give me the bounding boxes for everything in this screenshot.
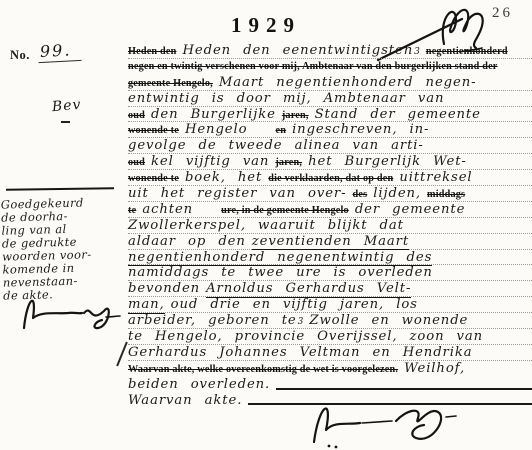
handwritten-underlined-text: Arnoldus Gerhardus Velt-: [206, 281, 411, 297]
handwritten-text: lijden,: [373, 186, 421, 201]
scanned-civil-record-page: 1929 26 No. 99. Bev Goedgekeurd de doorh…: [0, 0, 532, 450]
body-line: gemeente Hengelo, Maart negentienhonderd…: [128, 75, 532, 91]
printed-struck-text: en: [275, 123, 286, 138]
printed-struck-text: jaren,: [275, 155, 302, 170]
handwritten-text: achten: [142, 202, 193, 217]
margin-note-dash: [61, 121, 70, 123]
body-line: negentienhonderd negenentwintig des: [128, 250, 532, 266]
handwritten-text: uittreksel: [399, 170, 472, 185]
handwritten-text: het Burgerlijk Wet-: [308, 154, 467, 169]
handwritten-text: Gerhardus Johannes Veltman en Hendrika: [128, 345, 473, 360]
handwritten-text: beiden overleden.: [128, 377, 270, 392]
handwritten-text: Weilhof,: [404, 361, 465, 376]
handwritten-text: Zwolle en wonende: [309, 313, 468, 328]
handwritten-text: Hengelo: [185, 122, 248, 137]
handwritten-text: gevolge de tweede alinea van arti-: [128, 138, 424, 153]
body-line: oud den Burgerlijke jaren, Stand der gem…: [128, 107, 532, 123]
handwritten-underlined-text: man,: [128, 297, 165, 313]
body-line: beiden overleden.: [128, 377, 532, 393]
margin-divider-rule: [6, 187, 114, 191]
handwritten-text: namiddags te twee ure is overleden: [128, 265, 433, 280]
handwritten-text: bevonden: [128, 281, 200, 296]
handwritten-text: oud drie en vijftig jaren, los: [171, 297, 418, 312]
form-fill-rule: [276, 388, 532, 390]
printed-struck-text: negentienhonderd: [426, 44, 508, 59]
body-line: uit het register van over- des lijden, m…: [128, 186, 532, 202]
handwritten-text: entwintig is door mij, Ambtenaar van: [128, 91, 444, 106]
body-line: entwintig is door mij, Ambtenaar van: [128, 91, 532, 107]
body-line: namiddags te twee ure is overleden: [128, 265, 532, 281]
handwritten-text: kel vijftig van: [151, 154, 269, 169]
handwritten-text: uit het register van over-: [128, 186, 346, 201]
handwritten-text: boek, het: [185, 170, 262, 185]
handwritten-text: Heden den eenentwintigsten: [183, 43, 414, 58]
handwritten-text: Zwollerkerspel, waaruit blijkt dat: [128, 218, 404, 233]
body-line: Zwollerkerspel, waaruit blijkt dat: [128, 218, 532, 234]
printed-struck-text: Heden den: [128, 44, 177, 59]
printed-struck-text: die verklaarden, dat op den: [268, 171, 393, 186]
printed-struck-text: oud: [128, 155, 145, 170]
printed-struck-text: oud: [128, 108, 145, 123]
act-body-text: Heden den Heden den eenentwintigsten 3 n…: [128, 43, 532, 408]
body-line: wonende te boek, het die verklaarden, da…: [128, 170, 532, 186]
handwritten-underlined-text: zeventienden Maart: [252, 234, 409, 250]
body-line: man, oud drie en vijftig jaren, los: [128, 297, 532, 313]
handwritten-text: Stand der gemeente: [315, 107, 481, 122]
printed-struck-text: Waarvan akte, welke overeenkomstig de we…: [128, 362, 398, 377]
body-line: arbeider, geboren te 3 Zwolle en wonende: [128, 313, 532, 329]
printed-struck-text: te: [128, 203, 136, 218]
handwritten-text: den Burgerlijke: [151, 107, 276, 122]
printed-struck-text: wonende te: [128, 171, 179, 186]
handwritten-slash-mark: [116, 342, 128, 367]
printed-struck-text: des: [352, 187, 367, 202]
handwritten-text: der gemeente: [355, 202, 466, 217]
body-line: oud kel vijftig van jaren, het Burgerlij…: [128, 154, 532, 170]
margin-note-bev: Bev: [51, 97, 82, 116]
printed-struck-text: wonende te: [128, 123, 179, 138]
printed-struck-text: gemeente Hengelo,: [128, 76, 213, 91]
handwritten-text: Maart negentienhonderd negen-: [219, 75, 477, 90]
body-line: aldaar op den zeventienden Maart: [128, 234, 532, 250]
body-line: wonende te Hengelo en ingeschreven, in-: [128, 122, 532, 138]
body-line: te Hengelo, provincie Overijssel, zoon v…: [128, 329, 532, 345]
printed-struck-text: ure, in de gemeente Hengelo: [221, 203, 349, 218]
printed-struck-text: jaren,: [282, 108, 309, 123]
body-line: Gerhardus Johannes Veltman en Hendrika: [128, 345, 532, 361]
body-line: bevonden Arnoldus Gerhardus Velt-: [128, 281, 532, 297]
approval-signature-flourish-icon: [14, 284, 126, 336]
handwritten-text: aldaar op den: [128, 234, 246, 249]
body-line: te achten ure, in de gemeente Hengelo de…: [128, 202, 532, 218]
printed-struck-text: middags: [427, 187, 465, 202]
handwritten-text: Waarvan akte.: [128, 393, 242, 408]
body-line: Waarvan akte, welke overeenkomstig de we…: [128, 361, 532, 377]
act-number-value: 99.: [37, 40, 81, 63]
act-number-label: No.: [10, 48, 30, 63]
handwritten-text: arbeider, geboren te: [128, 313, 297, 328]
registrar-signature-flourish-icon: [296, 392, 508, 450]
body-line: Heden den Heden den eenentwintigsten 3 n…: [128, 43, 532, 59]
handwritten-underlined-text: negentienhonderd negenentwintig des: [128, 250, 432, 266]
body-line: gevolge de tweede alinea van arti-: [128, 138, 532, 154]
printed-struck-text: negen en twintig verschenen voor mij, Am…: [128, 59, 498, 74]
handwritten-text: ingeschreven, in-: [292, 122, 429, 137]
handwritten-text: te Hengelo, provincie Overijssel, zoon v…: [128, 329, 483, 344]
body-line: negen en twintig verschenen voor mij, Am…: [128, 59, 532, 75]
